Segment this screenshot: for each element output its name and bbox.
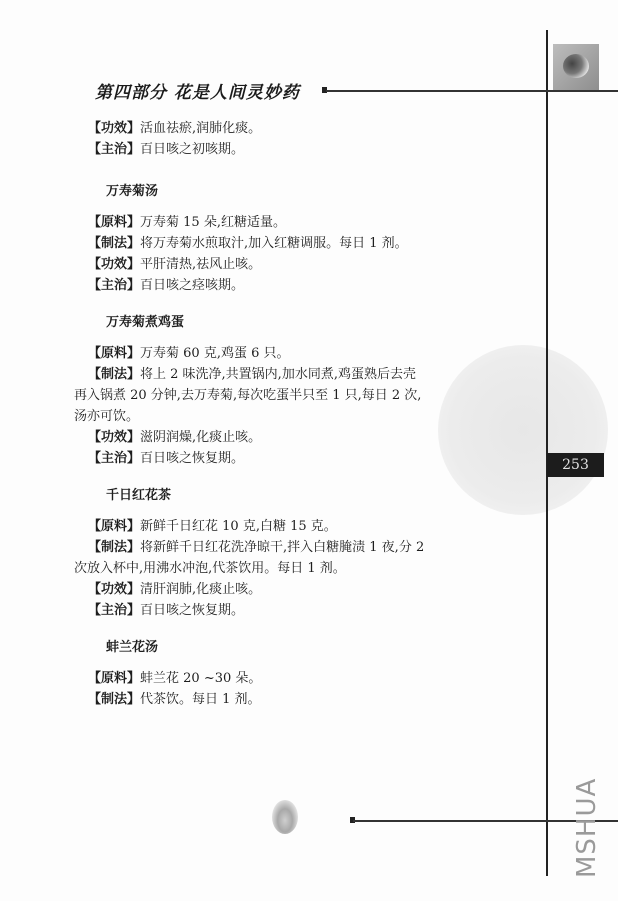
recipe-line: 【主治】百日咳之痉咳期。	[74, 275, 534, 296]
recipe-line: 【原料】万寿菊 15 朵,红糖适量。	[74, 212, 534, 233]
recipe-line: 【原料】万寿菊 60 克,鸡蛋 6 只。	[74, 343, 534, 364]
recipe-line-continued: 汤亦可饮。	[74, 406, 534, 427]
intro-line: 【主治】百日咳之初咳期。	[74, 139, 534, 160]
recipe-title: 蚌兰花汤	[74, 637, 534, 658]
recipe-line: 【主治】百日咳之恢复期。	[74, 448, 534, 469]
recipe-line: 【原料】新鲜千日红花 10 克,白糖 15 克。	[74, 516, 534, 537]
chapter-header-title: 第四部分 花是人间灵妙药	[95, 78, 300, 103]
recipe-title: 千日红花茶	[74, 485, 534, 506]
recipe-line-continued: 再入锅煮 20 分钟,去万寿菊,每次吃蛋半只至 1 只,每日 2 次,	[74, 385, 534, 406]
recipe-title: 万寿菊汤	[74, 181, 534, 202]
page-body: 【功效】活血祛瘀,润肺化痰。 【主治】百日咳之初咳期。 万寿菊汤 【原料】万寿菊…	[74, 118, 534, 710]
recipe-line: 【制法】代茶饮。每日 1 剂。	[74, 689, 534, 710]
header-rule	[326, 90, 618, 92]
recipe-line: 【制法】将新鲜千日红花洗净晾干,拌入白糖腌渍 1 夜,分 2	[74, 537, 534, 558]
recipe-line: 【功效】平肝清热,祛风止咳。	[74, 254, 534, 275]
page-number: 253	[547, 453, 604, 477]
recipe-line: 【制法】将上 2 味洗净,共置锅内,加水同煮,鸡蛋熟后去壳	[74, 364, 534, 385]
recipe-title: 万寿菊煮鸡蛋	[74, 312, 534, 333]
footer-emblem-icon	[272, 800, 298, 834]
recipe-line: 【原料】蚌兰花 20 ~30 朵。	[74, 668, 534, 689]
recipe-line: 【功效】清肝润肺,化痰止咳。	[74, 579, 534, 600]
corner-flower-icon	[553, 44, 599, 90]
recipe-line: 【主治】百日咳之恢复期。	[74, 600, 534, 621]
recipe-line-continued: 次放入杯中,用沸水冲泡,代茶饮用。每日 1 剂。	[74, 558, 534, 579]
intro-line: 【功效】活血祛瘀,润肺化痰。	[74, 118, 534, 139]
recipe-line: 【功效】滋阴润燥,化痰止咳。	[74, 427, 534, 448]
watermark: MSHUA	[572, 778, 602, 878]
recipe-line: 【制法】将万寿菊水煎取汁,加入红糖调服。每日 1 剂。	[74, 233, 534, 254]
